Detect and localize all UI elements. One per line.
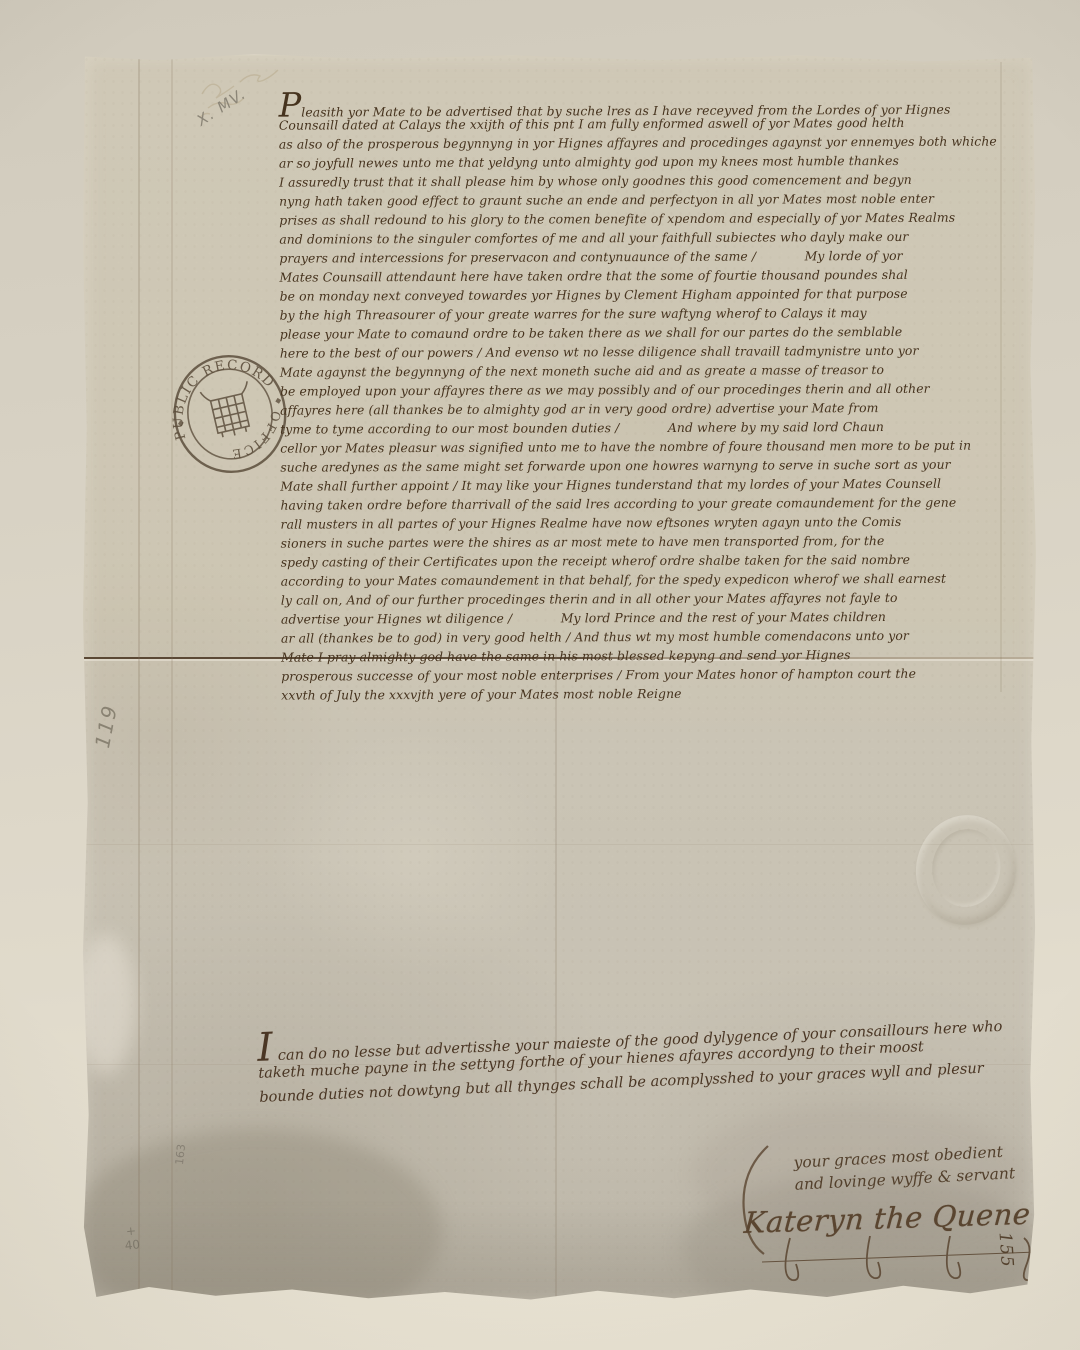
manuscript-sheet: PUBLIC RECORD OFFICE xyxy=(82,54,1037,1302)
manuscript-line: according to your Mates comaundement in … xyxy=(281,568,1033,590)
letter-closing: your graces most obedient and lovinge wy… xyxy=(793,1140,1016,1195)
letter-body: Pleasith yor Mate to be advertised that … xyxy=(279,93,1034,704)
signature-paraph-stroke xyxy=(734,1142,780,1262)
manuscript-line: as also of the prosperous begynnyng in y… xyxy=(279,131,1031,153)
tally-number: 40 xyxy=(124,1237,141,1253)
fold-crease-vertical-center-lower xyxy=(555,654,557,1302)
portcullis-emblem-icon xyxy=(200,381,258,441)
fold-crease-horizontal-faint-1 xyxy=(82,844,1037,845)
queen-signature: Kateryn the Quene KP xyxy=(743,1194,1080,1240)
folio-number-left-edge: 119 xyxy=(90,702,122,750)
manuscript-line: xxvth of July the xxxvjth yere of your M… xyxy=(281,682,1033,704)
manuscript-line: Pleasith yor Mate to be advertised that … xyxy=(279,93,1031,115)
edge-numeral-faint: 163 xyxy=(173,1143,188,1165)
manuscript-line: be employed upon your affayres there as … xyxy=(280,378,1032,400)
water-stain-bottom-right xyxy=(682,1174,1042,1324)
repair-patch-left-edge xyxy=(76,934,136,1074)
manuscript-line: having taken ordre before tharrivall of … xyxy=(280,492,1032,514)
fold-crease-vertical-left-1 xyxy=(138,54,140,1302)
tally-mark-bottom-left: + 40 xyxy=(123,1223,141,1252)
letter-postscript: I can do no lesse but advertisshe your m… xyxy=(257,1006,1049,1110)
fold-crease-vertical-left-2 xyxy=(171,54,173,1302)
blind-embossed-seal xyxy=(909,809,1023,932)
folio-number-bottom-right: 155 xyxy=(995,1232,1017,1269)
photograph-background: PUBLIC RECORD OFFICE xyxy=(0,0,1080,1350)
manuscript-line: prises as shall redound to his glory to … xyxy=(279,207,1031,229)
